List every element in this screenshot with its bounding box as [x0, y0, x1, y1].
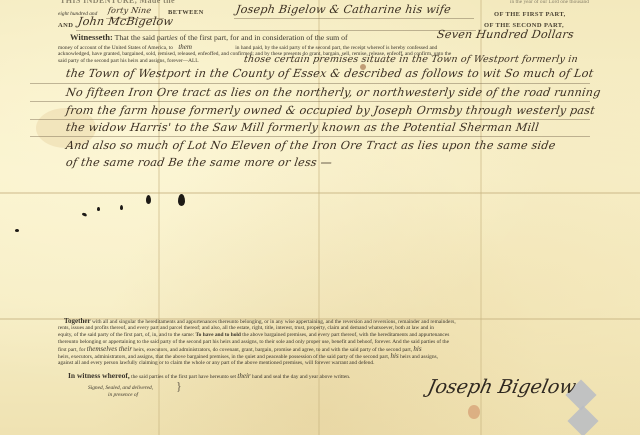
handwritten-insert: them	[178, 43, 192, 51]
signed-sealed-label: Signed, Sealed, and delivered,	[88, 385, 153, 392]
body-line-3: from the farm house formerly owned & occ…	[65, 104, 596, 117]
sum-handwritten: Seven Hundred Dollars	[436, 28, 575, 41]
fold-line	[318, 0, 320, 435]
body-line-4: the widow Harris' to the Saw Mill former…	[65, 121, 540, 134]
deed-paper	[0, 0, 640, 435]
ink-drop	[97, 207, 100, 211]
fold-line	[158, 0, 160, 435]
witnesseth-line: Witnesseth: That the said parties of the…	[70, 32, 348, 43]
handwritten-insert: his	[413, 345, 421, 353]
year-handwritten: forty Nine	[107, 6, 152, 15]
fold-line	[480, 0, 482, 435]
together-line-3: equity, of the said party of the first p…	[58, 332, 449, 339]
witnesseth-lead: Witnesseth:	[70, 32, 113, 42]
rule-line	[76, 30, 476, 31]
premises-handwritten: those certain premises situate in the To…	[243, 54, 578, 65]
ink-drop	[178, 194, 185, 206]
rule-line	[30, 83, 590, 84]
print-text: hand and seal the day and year above wri…	[252, 374, 350, 380]
handwritten-insert: themselves their	[87, 345, 132, 353]
first-party-handwritten: Joseph Bigelow & Catharine his wife	[235, 3, 452, 16]
brace: }	[176, 383, 182, 390]
witnesseth-text: That the said part	[115, 33, 169, 42]
handwritten-insert: ies	[169, 33, 178, 42]
witnesseth-text: of the first part, for and in considerat…	[180, 33, 348, 42]
print-text: heirs and assigns,	[400, 354, 438, 360]
body-line-1: the Town of Westport in the County of Es…	[65, 67, 594, 80]
print-text: equity, of the said party of the first p…	[58, 332, 194, 338]
together-lead: Together	[64, 317, 91, 325]
and-label: AND	[58, 22, 73, 29]
testimonium-lead: In witness whereof,	[68, 371, 130, 380]
ink-drop	[15, 229, 19, 232]
handwritten-insert: his	[391, 352, 399, 360]
signature-joseph-bigelow: Joseph Bigelow	[426, 376, 578, 398]
in-presence-label: in presence of	[108, 392, 138, 399]
fold-line	[0, 192, 640, 194]
print-text: the above bargained premises, and every …	[242, 332, 449, 338]
body-line-5: And also so much of Lot No Eleven of the…	[65, 139, 556, 152]
stain	[468, 405, 480, 419]
ink-drop	[120, 205, 123, 210]
print-text: the said parties of the first part have …	[131, 374, 236, 380]
rule-line	[30, 136, 590, 137]
handwritten-insert: their	[237, 372, 250, 380]
rule-line	[234, 18, 474, 19]
body-line-6: of the same road Be the same more or les…	[65, 156, 333, 169]
year-line-partial: in the year of our Lord one thousand	[510, 0, 589, 6]
rule-line	[30, 119, 590, 120]
testimonium-line: In witness whereof, the said parties of …	[68, 372, 350, 381]
deed-title-partial: THIS INDENTURE, Made the	[60, 0, 175, 4]
together-line-7: against all and every person lawfully cl…	[58, 360, 374, 367]
second-party-handwritten: John McBigelow	[77, 15, 174, 28]
assigns-line: said party of the second part his heirs …	[58, 58, 199, 65]
body-line-2: No fifteen Iron Ore tract as lies on the…	[65, 86, 601, 99]
together-line-2: rents, issues and profits thereof, and e…	[58, 325, 434, 332]
rule-line	[30, 101, 590, 102]
ink-drop	[146, 195, 151, 204]
habendum-bold: To have and to hold	[196, 332, 241, 338]
first-part-label: OF THE FIRST PART,	[494, 11, 566, 18]
